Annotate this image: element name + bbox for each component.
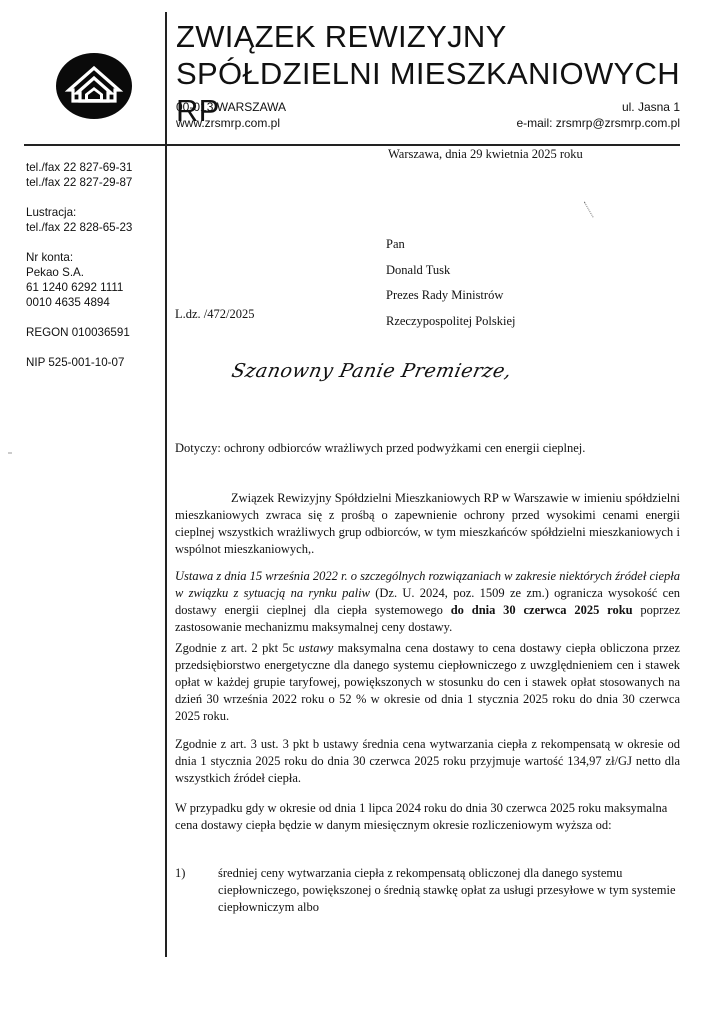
list-text: średniej ceny wytwarzania ciepła z rekom… <box>218 865 680 916</box>
regon: REGON 010036591 <box>26 325 132 340</box>
lustracja-block: Lustracja: tel./fax 22 828-65-23 <box>26 205 132 235</box>
bank-name: Pekao S.A. <box>26 265 132 280</box>
reference-number: L.dz. /472/2025 <box>175 307 255 322</box>
letter-date: Warszawa, dnia 29 kwietnia 2025 roku <box>388 147 583 162</box>
handwritten-salutation: Szanowny Panie Premierze, <box>230 360 514 382</box>
email-link[interactable]: e-mail: zrsmrp@zrsmrp.com.pl <box>516 115 680 131</box>
scan-artifact <box>8 452 12 454</box>
bank-account-block: Nr konta: Pekao S.A. 61 1240 6292 1111 0… <box>26 250 132 310</box>
list-item: 1) średniej ceny wytwarzania ciepła z re… <box>175 865 680 916</box>
postal-city: 00-013 WARSZAWA <box>176 99 286 115</box>
scan-artifact <box>584 200 596 217</box>
list-number: 1) <box>175 865 218 916</box>
recipient-block: Pan Donald Tusk Prezes Rady Ministrów Rz… <box>386 232 516 334</box>
recipient-line: Rzeczypospolitej Polskiej <box>386 309 516 335</box>
account-line-2: 0010 4635 4894 <box>26 295 132 310</box>
paragraph-intro: Związek Rewizyjny Spółdzielni Mieszkanio… <box>175 490 680 558</box>
account-label: Nr konta: <box>26 250 132 265</box>
subject-line: Dotyczy: ochrony odbiorców wrażliwych pr… <box>175 440 680 457</box>
lustracja-label: Lustracja: <box>26 205 132 220</box>
paragraph-condition: W przypadku gdy w okresie od dnia 1 lipc… <box>175 800 680 834</box>
letterhead-horizontal-rule <box>166 144 680 146</box>
org-name-line1: ZWIĄZEK REWIZYJNY <box>176 19 507 54</box>
lustracja-phone: tel./fax 22 828-65-23 <box>26 220 132 235</box>
account-line-1: 61 1240 6292 1111 <box>26 280 132 295</box>
phone-block: tel./fax 22 827-69-31 tel./fax 22 827-29… <box>26 160 132 190</box>
paragraph-act: Ustawa z dnia 15 września 2022 r. o szcz… <box>175 568 680 636</box>
phone-1: tel./fax 22 827-69-31 <box>26 160 132 175</box>
street-address: ul. Jasna 1 <box>516 99 680 115</box>
recipient-line: Donald Tusk <box>386 258 516 284</box>
house-emblem-icon <box>55 52 133 120</box>
letterhead-vertical-rule <box>165 12 167 957</box>
phone-2: tel./fax 22 827-29-87 <box>26 175 132 190</box>
paragraph-art2: Zgodnie z art. 2 pkt 5c ustawy maksymaln… <box>175 640 680 725</box>
address-left: 00-013 WARSZAWA www.zrsmrp.com.pl <box>176 99 286 131</box>
recipient-line: Pan <box>386 232 516 258</box>
letterhead-horizontal-rule <box>24 144 166 146</box>
deadline-emphasis: do dnia 30 czerwca 2025 roku <box>451 603 633 617</box>
contact-sidebar: tel./fax 22 827-69-31 tel./fax 22 827-29… <box>26 160 132 385</box>
paragraph-art3: Zgodnie z art. 3 ust. 3 pkt b ustawy śre… <box>175 736 680 787</box>
website-link[interactable]: www.zrsmrp.com.pl <box>176 115 286 131</box>
address-right: ul. Jasna 1 e-mail: zrsmrp@zrsmrp.com.pl <box>516 99 680 131</box>
recipient-line: Prezes Rady Ministrów <box>386 283 516 309</box>
nip: NIP 525-001-10-07 <box>26 355 132 370</box>
